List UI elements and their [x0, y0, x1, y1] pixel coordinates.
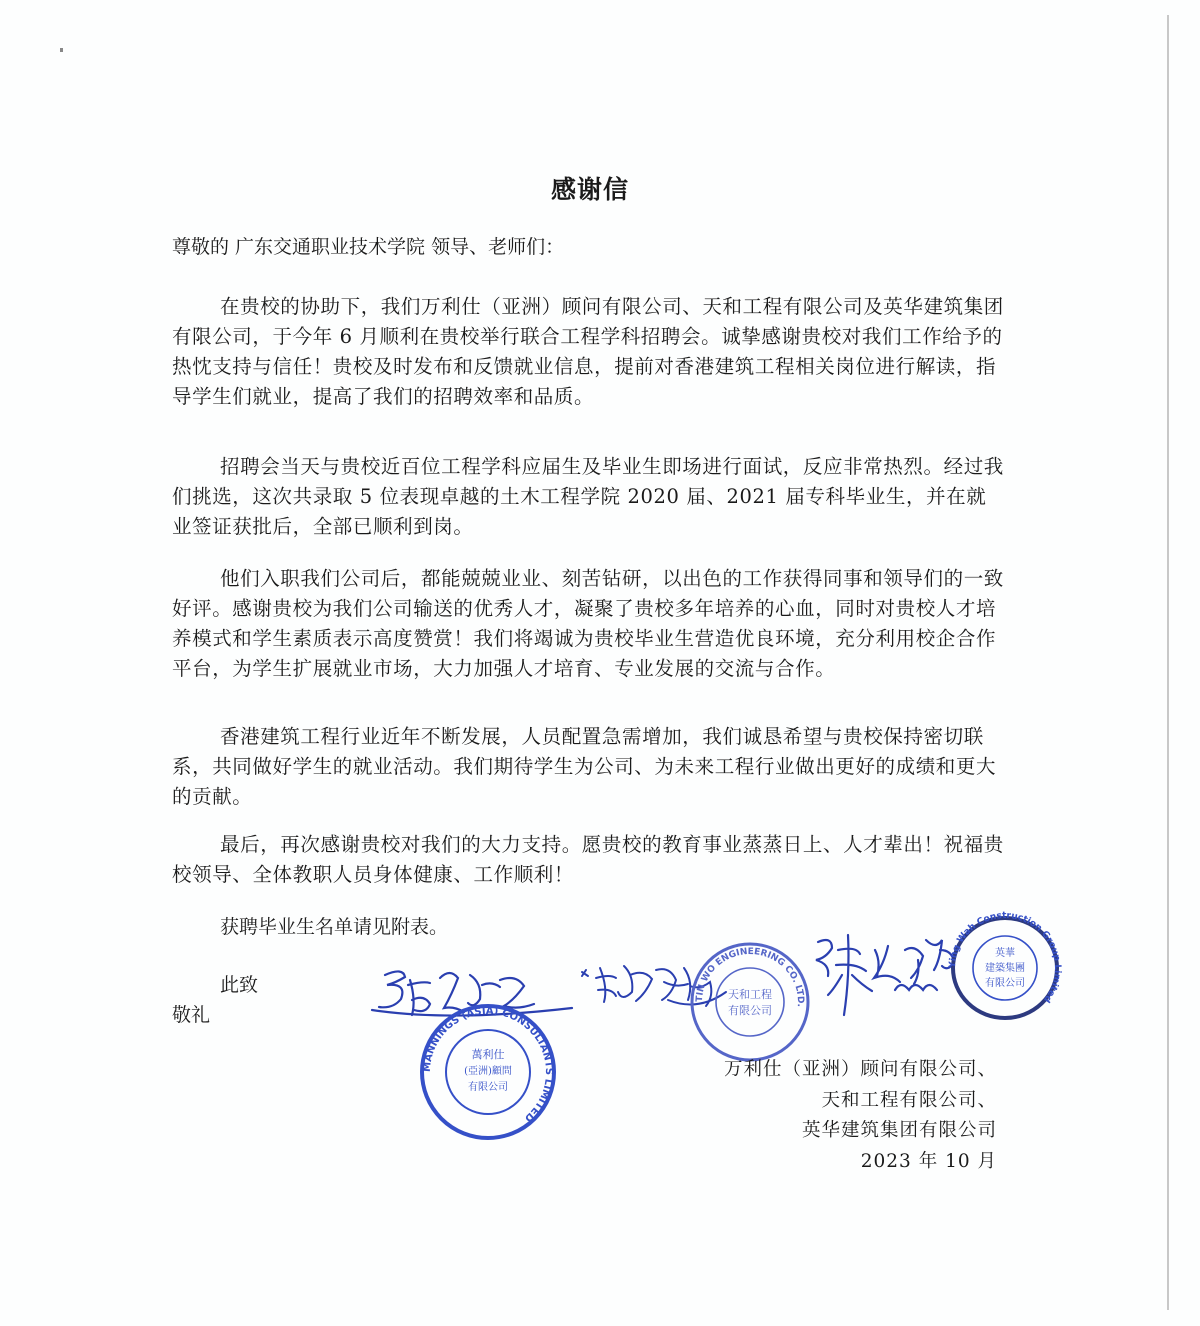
letter-title: 感谢信 — [0, 170, 1180, 206]
signer-block: 万利仕（亚洲）顾问有限公司、 天和工程有限公司、 英华建筑集团有限公司 2023… — [724, 1055, 997, 1177]
closing-regards: 敬礼 — [172, 1000, 210, 1027]
signer-1: 万利仕（亚洲）顾问有限公司、 — [724, 1055, 997, 1086]
svg-text:建築集團: 建築集團 — [985, 961, 1025, 974]
svg-text:有限公司: 有限公司 — [985, 976, 1025, 989]
svg-text:MANNINGS (ASIA) CONSULTANTS LI: MANNINGS (ASIA) CONSULTANTS LIMITED — [422, 1006, 554, 1124]
greeting: 尊敬的 广东交通职业技术学院 领导、老师们： — [172, 232, 564, 259]
stamp-mannings: MANNINGS (ASIA) CONSULTANTS LIMITED 萬利仕 … — [422, 1006, 554, 1138]
scan-edge-line — [1167, 15, 1169, 1310]
svg-text:天和工程: 天和工程 — [728, 987, 772, 1001]
svg-text:Ying Wah Construction Group Li: Ying Wah Construction Group Limited — [948, 911, 1062, 1004]
svg-text:(亞洲)顧問: (亞洲)顧問 — [464, 1064, 512, 1077]
signature-1 — [372, 971, 572, 1015]
attachment-note: 获聘毕业生名单请见附表。 — [220, 912, 448, 939]
paragraph-4: 香港建筑工程行业近年不断发展，人员配置急需增加，我们诚恳希望与贵校保持密切联系，… — [172, 722, 1004, 812]
stamp-tin-wo: TIN WO ENGINEERING CO. LTD. 天和工程 有限公司 — [692, 944, 808, 1060]
signature-3 — [816, 935, 954, 1015]
paragraph-1: 在贵校的协助下，我们万利仕（亚洲）顾问有限公司、天和工程有限公司及英华建筑集团有… — [172, 292, 1004, 412]
closing-salutation: 此致 — [220, 970, 258, 997]
paragraph-3: 他们入职我们公司后，都能兢兢业业、刻苦钻研，以出色的工作获得同事和领导们的一致好… — [172, 564, 1004, 684]
paragraph-2: 招聘会当天与贵校近百位工程学科应届生及毕业生即场进行面试，反应非常热烈。经过我们… — [172, 452, 1004, 542]
signer-3: 英华建筑集团有限公司 — [724, 1116, 997, 1147]
scan-speck — [60, 48, 63, 52]
letter-date: 2023 年 10 月 — [724, 1147, 997, 1178]
stamp-ying-wah: Ying Wah Construction Group Limited 英華 建… — [948, 911, 1062, 1018]
svg-text:英華: 英華 — [995, 946, 1015, 959]
svg-text:有限公司: 有限公司 — [468, 1080, 508, 1093]
svg-text:有限公司: 有限公司 — [728, 1004, 772, 1017]
svg-text:TIN WO ENGINEERING CO. LTD.: TIN WO ENGINEERING CO. LTD. — [695, 947, 805, 1007]
signature-2 — [582, 966, 726, 1006]
svg-text:萬利仕: 萬利仕 — [472, 1047, 505, 1061]
signer-2: 天和工程有限公司、 — [724, 1086, 997, 1117]
paragraph-5: 最后，再次感谢贵校对我们的大力支持。愿贵校的教育事业蒸蒸日上、人才辈出！祝福贵校… — [172, 830, 1004, 890]
